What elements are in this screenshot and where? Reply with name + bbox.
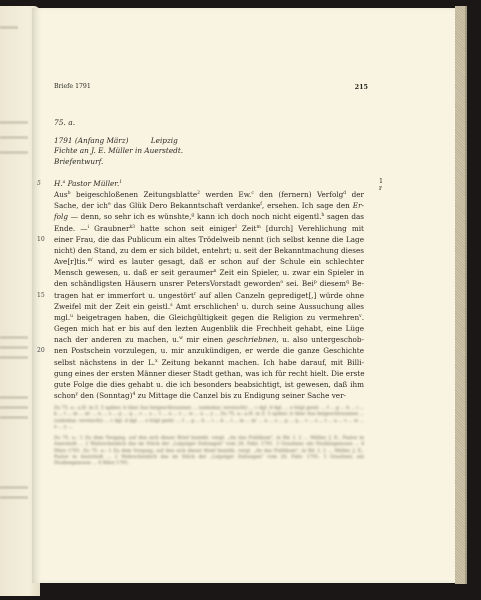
line-number: 5	[37, 178, 41, 189]
letter-kind: Briefentwurf.	[54, 157, 183, 167]
text-line: 5H.a Pastor Müller.1	[54, 178, 364, 189]
bleed-through-text	[0, 496, 28, 499]
bleed-through-text	[0, 406, 28, 409]
page-number: 215	[355, 83, 368, 91]
text-line: 20nen Postschein vorzulegen, u. mir anzu…	[54, 345, 364, 356]
text-line: Gegen mich hat er bis auf den lezten Aug…	[54, 323, 364, 334]
text-line: nicht) den Stand, zu dem er sich bildet,…	[54, 245, 364, 256]
letter-metadata: 1791 (Anfang März) Leipzig Fichte an J. …	[54, 136, 183, 167]
book-page: Briefe 1791 215 75. a. 1791 (Anfang März…	[32, 8, 457, 583]
bleed-through-text	[0, 346, 28, 349]
running-header-title: Briefe 1791	[54, 83, 91, 91]
footnotes-apparatus: Zu 75. a.: a.H. in Z. 5 später; b über A…	[54, 406, 364, 473]
line-number: 15	[37, 290, 45, 301]
letter-body: 5H.a Pastor Müller.1Ausb beigeschloßenen…	[54, 178, 364, 401]
book-page-stack-edge	[455, 6, 467, 584]
letter-place: Leipzig	[151, 136, 178, 145]
text-line: mgl.u beigetragen haben, die Gleichgülti…	[54, 312, 364, 323]
text-line: Ave[r]tis.m' wird es lauter gesagt, daß …	[54, 256, 364, 267]
text-line: Ausb beigeschloßenen Zeitungsblatte2 wer…	[54, 189, 364, 200]
bleed-through-text	[0, 416, 28, 419]
text-line: gute Folge die dies gehabt u. die ich be…	[54, 379, 364, 390]
text-line: nach der anderen zu machen, u.w mir eine…	[54, 334, 364, 345]
folio-marker: 1 r	[379, 178, 383, 192]
bleed-through-text	[0, 26, 18, 29]
text-line: Ende. —i Graubnerk3 hatte schon seit ein…	[54, 223, 364, 234]
text-line: den schändligsten Häusern unsrer PetersV…	[54, 278, 364, 289]
text-line: folg — denn, so sehr ich es wünshte,g ka…	[54, 211, 364, 222]
bleed-through-text	[0, 336, 28, 339]
text-line: gung eines der ersten Männer dieser Stad…	[54, 368, 364, 379]
text-line: schony den (Sonntag)4 zu Mittage die Can…	[54, 390, 364, 401]
text-line: Sache, der iche das Glük Dero Bekanntsch…	[54, 200, 364, 211]
letter-number: 75. a.	[54, 118, 75, 127]
text-line: Zweifel mit der Zeit ein geistl.s Amt er…	[54, 301, 364, 312]
bleed-through-text	[0, 356, 28, 359]
footnote-block: Zu 75. a.: 1 Zu dem Vorgang, auf den sic…	[54, 436, 364, 467]
letter-date: 1791 (Anfang März)	[54, 136, 128, 145]
bleed-through-text	[0, 486, 28, 489]
line-number: 20	[37, 345, 45, 356]
bleed-through-text	[0, 136, 28, 139]
text-line: Mensch gewesen, u. daß er seit geraumern…	[54, 267, 364, 278]
bleed-through-text	[0, 151, 28, 154]
bleed-through-text	[0, 121, 28, 124]
line-number: 10	[37, 234, 45, 245]
bleed-through-text	[0, 396, 28, 399]
text-line: selbst nächstens in der L.x Zeitung beka…	[54, 357, 364, 368]
letter-addressee: Fichte an J. E. Müller in Auerstedt.	[54, 146, 183, 156]
running-header: Briefe 1791 215	[54, 83, 364, 91]
text-line: 10einer Frau, die das Publicum ein altes…	[54, 234, 364, 245]
text-line: 15tragen hat er immerfort u. ungestörtr …	[54, 290, 364, 301]
footnote-block: Zu 75. a.: a.H. in Z. 5 später; b über A…	[54, 406, 364, 431]
